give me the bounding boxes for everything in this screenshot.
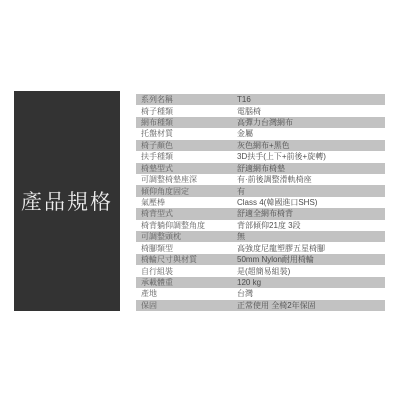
spec-row: 椅背躺仰調整角度 背部傾仰21度 3段: [136, 220, 385, 231]
spec-value: 有: [237, 186, 385, 197]
spec-label: 承載體重: [136, 277, 237, 288]
spec-value: T16: [237, 95, 385, 104]
spec-value: 背部傾仰21度 3段: [237, 220, 385, 231]
spec-row: 可調整椅墊座深 有·前後調整滑軌椅座: [136, 174, 385, 185]
spec-row: 自行組裝 是(超簡易組裝): [136, 265, 385, 276]
spec-value: 3D扶手(上下+前後+旋轉): [237, 151, 385, 162]
spec-row: 椅腳類型 高強度尼龍塑膠五星椅腳: [136, 242, 385, 253]
spec-value: 正常使用 全椅2年保固: [237, 300, 385, 311]
spec-row: 椅子種類 電腦椅: [136, 105, 385, 116]
spec-label: 托盤材質: [136, 128, 237, 139]
spec-label: 椅子種類: [136, 106, 237, 117]
section-title: 產品規格: [21, 186, 113, 216]
product-spec-sheet: 產品規格 系列名稱 T16 椅子種類 電腦椅 網布種類 高彈力台灣網布 托盤材質…: [0, 0, 400, 400]
spec-label: 椅背型式: [136, 208, 237, 219]
spec-row: 托盤材質 金屬: [136, 128, 385, 139]
spec-value: 高彈力台灣網布: [237, 117, 385, 128]
spec-row: 氣壓棒 Class 4(韓國進口SHS): [136, 197, 385, 208]
spec-label: 保固: [136, 300, 237, 311]
spec-value: 金屬: [237, 128, 385, 139]
spec-value: 120 kg: [237, 278, 385, 287]
spec-value: 50mm Nylon耐用椅輪: [237, 254, 385, 265]
spec-label: 扶手種類: [136, 151, 237, 162]
spec-label: 椅子顏色: [136, 140, 237, 151]
spec-row: 系列名稱 T16: [136, 94, 385, 105]
spec-value: 高強度尼龍塑膠五星椅腳: [237, 243, 385, 254]
spec-value: 舒適全網布椅背: [237, 208, 385, 219]
spec-value: 台灣: [237, 288, 385, 299]
spec-label: 可調整椅墊座深: [136, 174, 237, 185]
spec-value: 是(超簡易組裝): [237, 266, 385, 277]
spec-row: 保固 正常使用 全椅2年保固: [136, 300, 385, 311]
spec-row: 椅輪尺寸與材質 50mm Nylon耐用椅輪: [136, 254, 385, 265]
spec-section-banner: 產品規格: [14, 91, 120, 311]
spec-label: 椅輪尺寸與材質: [136, 254, 237, 265]
spec-label: 傾仰角度固定: [136, 186, 237, 197]
spec-table: 系列名稱 T16 椅子種類 電腦椅 網布種類 高彈力台灣網布 托盤材質 金屬 椅…: [136, 94, 385, 311]
spec-label: 氣壓棒: [136, 197, 237, 208]
spec-row: 椅子顏色 灰色網布+黑色: [136, 140, 385, 151]
spec-label: 可調整頭枕: [136, 231, 237, 242]
spec-row: 椅背型式 舒適全網布椅背: [136, 208, 385, 219]
spec-row: 椅墊型式 舒適網布椅墊: [136, 163, 385, 174]
spec-value: 舒適網布椅墊: [237, 163, 385, 174]
spec-value: 灰色網布+黑色: [237, 140, 385, 151]
spec-label: 椅背躺仰調整角度: [136, 220, 237, 231]
spec-label: 系列名稱: [136, 94, 237, 105]
spec-value: 有·前後調整滑軌椅座: [237, 174, 385, 185]
spec-label: 網布種類: [136, 117, 237, 128]
spec-row: 承載體重 120 kg: [136, 277, 385, 288]
spec-value: Class 4(韓國進口SHS): [237, 197, 385, 208]
spec-label: 椅腳類型: [136, 243, 237, 254]
spec-label: 產地: [136, 288, 237, 299]
spec-label: 自行組裝: [136, 266, 237, 277]
spec-row: 網布種類 高彈力台灣網布: [136, 117, 385, 128]
spec-row: 可調整頭枕 無: [136, 231, 385, 242]
spec-row: 產地 台灣: [136, 288, 385, 299]
spec-row: 扶手種類 3D扶手(上下+前後+旋轉): [136, 151, 385, 162]
spec-label: 椅墊型式: [136, 163, 237, 174]
spec-value: 電腦椅: [237, 106, 385, 117]
spec-value: 無: [237, 231, 385, 242]
spec-row: 傾仰角度固定 有: [136, 185, 385, 196]
